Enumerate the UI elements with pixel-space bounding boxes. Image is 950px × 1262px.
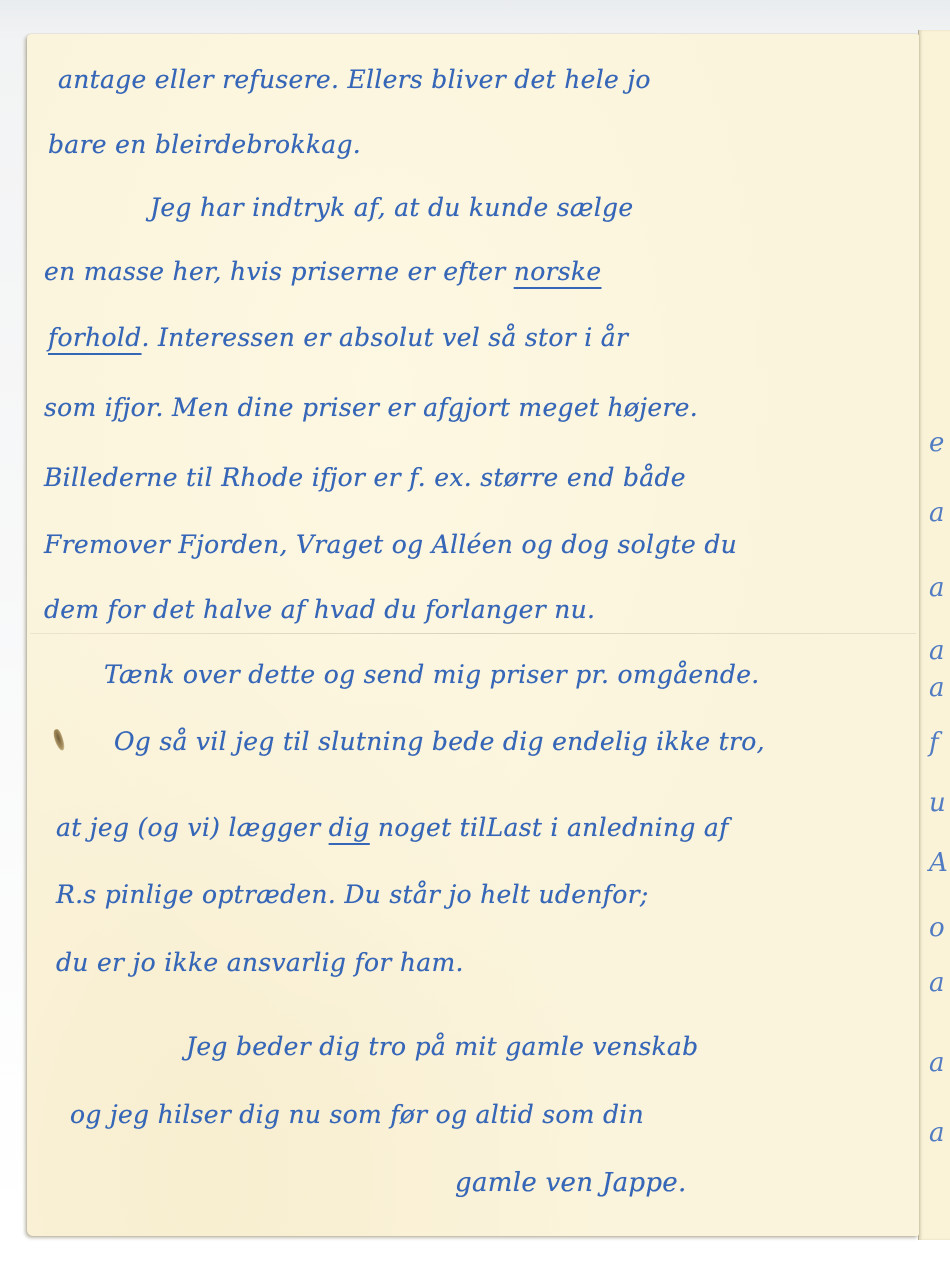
paper-fold-line — [30, 633, 916, 634]
adjacent-page-glyph: a — [929, 675, 945, 701]
adjacent-page-glyph: a — [929, 575, 945, 601]
adjacent-page-glyph: o — [929, 915, 945, 941]
adjacent-page-glyph: u — [929, 790, 946, 816]
signature: gamle ven Jappe. — [455, 1168, 687, 1198]
letter-line-11: Og så vil jeg til slutning bede dig ende… — [114, 727, 765, 756]
line-text: noget tilLast i anledning af — [370, 813, 729, 842]
line-text: . Interessen er absolut vel så stor i år — [142, 323, 629, 352]
letter-line-7: Billederne til Rhode ifjor er f. ex. stø… — [44, 463, 686, 492]
letter-line-16: og jeg hilser dig nu som før og altid so… — [70, 1100, 644, 1129]
letter-line-2: bare en bleirdebrokkag. — [48, 130, 361, 159]
letter-line-4: en masse her, hvis priserne er efter nor… — [44, 257, 601, 286]
adjacent-page-glyph: a — [929, 970, 945, 996]
letter-line-1: antage eller refusere. Ellers bliver det… — [58, 65, 651, 94]
letter-line-6: som ifjor. Men dine priser er afgjort me… — [44, 393, 698, 422]
letter-line-10: Tænk over dette og send mig priser pr. o… — [104, 660, 760, 689]
adjacent-page-glyph: a — [929, 1120, 945, 1146]
underlined-word: norske — [514, 257, 602, 286]
line-text: en masse her, hvis priserne er efter — [44, 257, 514, 286]
letter-line-12: at jeg (og vi) lægger dig noget tilLast … — [56, 813, 729, 842]
letter-line-13: R.s pinlige optræden. Du står jo helt ud… — [56, 880, 649, 909]
adjacent-page-glyph: f — [929, 730, 939, 756]
letter-line-9: dem for det halve af hvad du forlanger n… — [44, 595, 595, 624]
adjacent-page-glyph: a — [929, 638, 945, 664]
letter-line-3: Jeg har indtryk af, at du kunde sælge — [150, 193, 633, 222]
adjacent-page-glyph: A — [929, 850, 948, 876]
adjacent-page-glyph: a — [929, 1050, 945, 1076]
underlined-word: dig — [329, 813, 370, 842]
adjacent-page-glyph: a — [929, 500, 945, 526]
adjacent-page-edge: e a a a a f u A o a a a — [918, 30, 950, 1240]
letter-line-8: Fremover Fjorden, Vraget og Alléen og do… — [44, 530, 737, 559]
underlined-word: forhold — [48, 323, 142, 352]
adjacent-page-glyph: e — [929, 430, 944, 456]
line-text: at jeg (og vi) lægger — [56, 813, 329, 842]
letter-line-5: forhold. Interessen er absolut vel så st… — [48, 323, 628, 352]
letter-line-14: du er jo ikke ansvarlig for ham. — [56, 948, 464, 977]
letter-line-15: Jeg beder dig tro på mit gamle venskab — [186, 1032, 698, 1061]
